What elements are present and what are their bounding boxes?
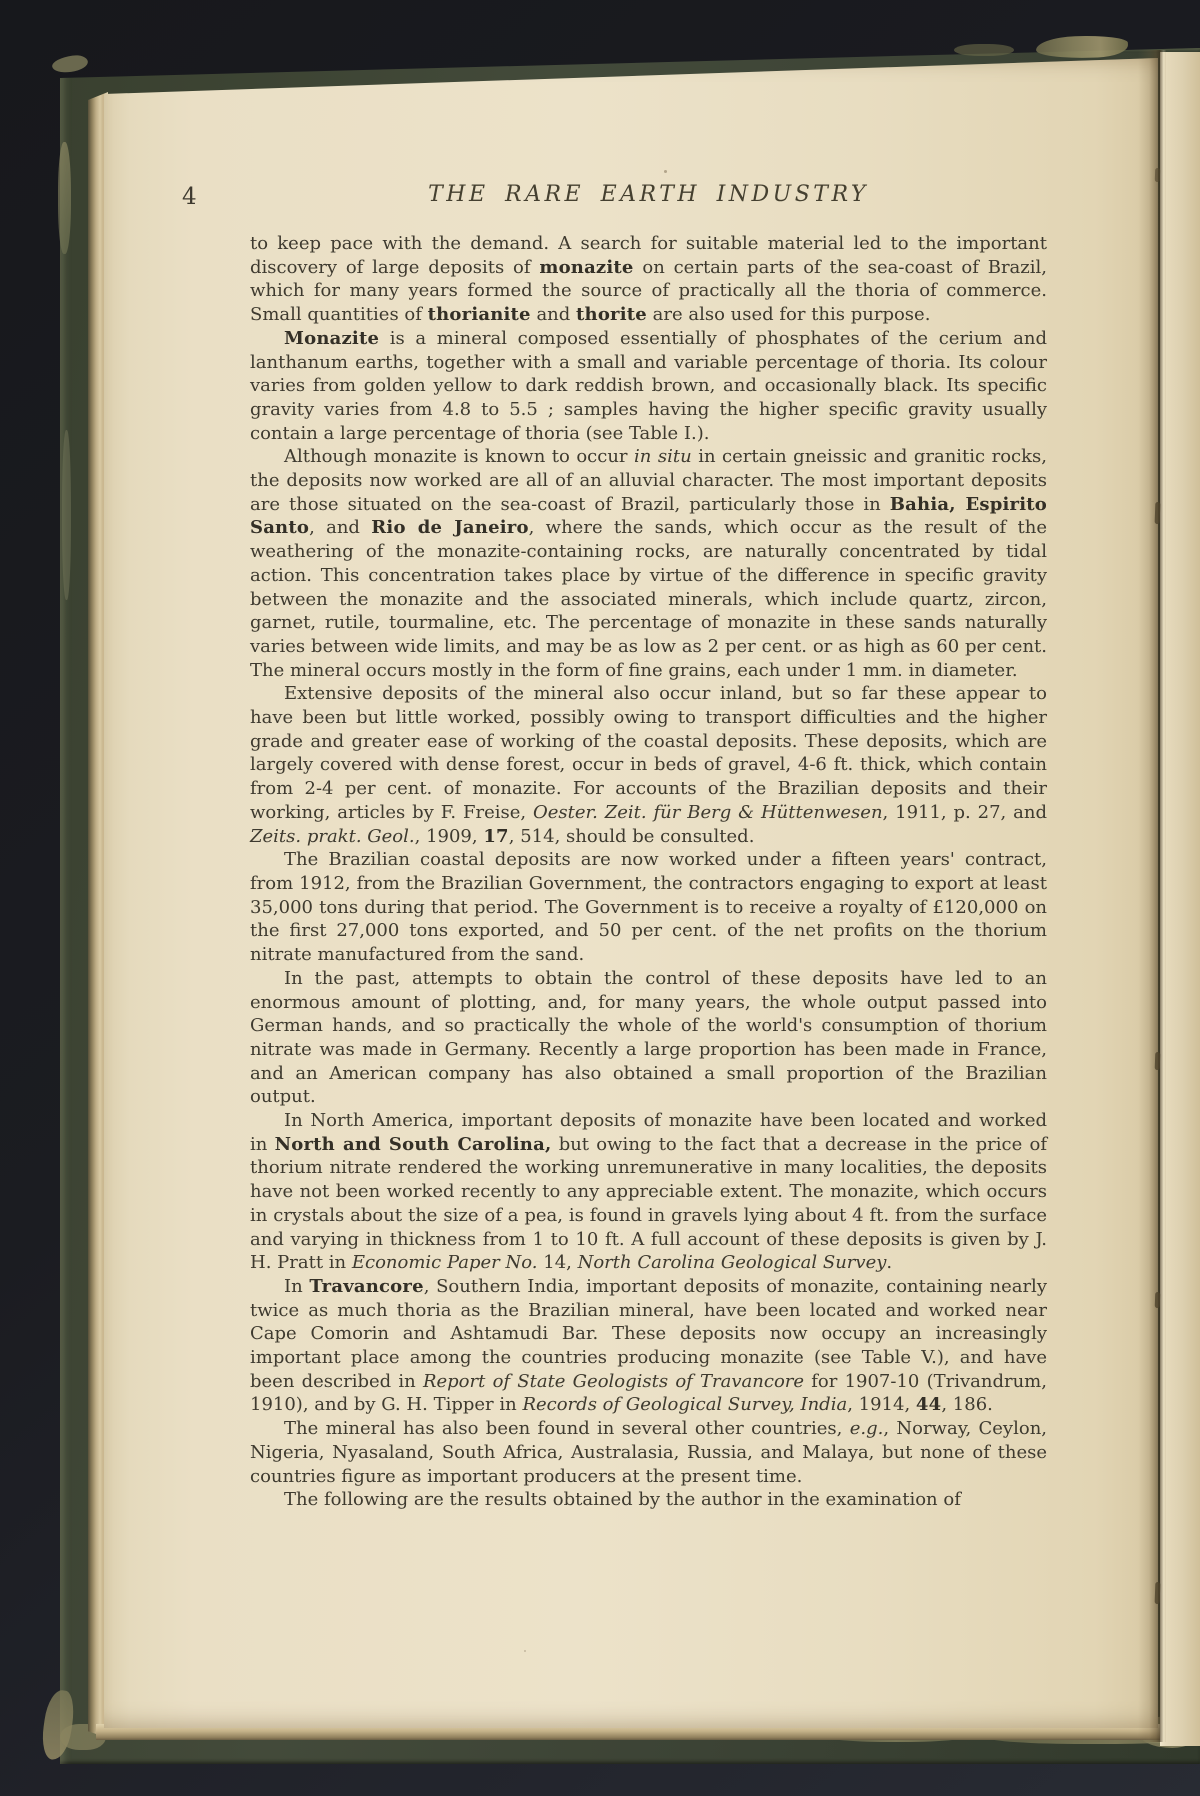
paragraph: Although monazite is known to occur in s… <box>250 445 1047 682</box>
paragraph: The mineral has also been found in sever… <box>250 1417 1047 1488</box>
book-page: 4 THE RARE EARTH INDUSTRY to keep pace w… <box>104 58 1158 1728</box>
paragraph: In North America, important deposits of … <box>250 1109 1047 1275</box>
photo-backdrop: 4 THE RARE EARTH INDUSTRY to keep pace w… <box>0 0 1200 1796</box>
gutter-crease <box>1138 50 1166 1742</box>
paragraph: In the past, attempts to obtain the cont… <box>250 967 1047 1109</box>
page-number: 4 <box>182 184 197 210</box>
binding-stitch <box>1155 168 1160 182</box>
binding-stitch <box>1155 1582 1161 1604</box>
binding-stitch <box>1155 1292 1161 1308</box>
paragraph: The following are the results obtained b… <box>250 1488 1047 1512</box>
paragraph: to keep pace with the demand. A search f… <box>250 232 1047 327</box>
paragraph: Monazite is a mineral composed essential… <box>250 327 1047 446</box>
paragraph: In Travancore, Southern India, important… <box>250 1275 1047 1417</box>
facing-page-edge <box>1160 52 1200 1746</box>
cloth-fray <box>58 142 71 254</box>
paper-speck <box>664 170 667 173</box>
paper-speck <box>524 1650 526 1652</box>
cloth-fray <box>51 54 89 75</box>
cloth-fray <box>954 44 1014 56</box>
paragraph: Extensive deposits of the mineral also o… <box>250 682 1047 848</box>
running-header: THE RARE EARTH INDUSTRY <box>250 182 1047 208</box>
paragraph: The Brazilian coastal deposits are now w… <box>250 848 1047 967</box>
cloth-fray <box>62 430 71 600</box>
binding-stitch <box>1155 502 1161 524</box>
body-text: to keep pace with the demand. A search f… <box>250 232 1047 1512</box>
binding-stitch <box>1155 1052 1161 1070</box>
